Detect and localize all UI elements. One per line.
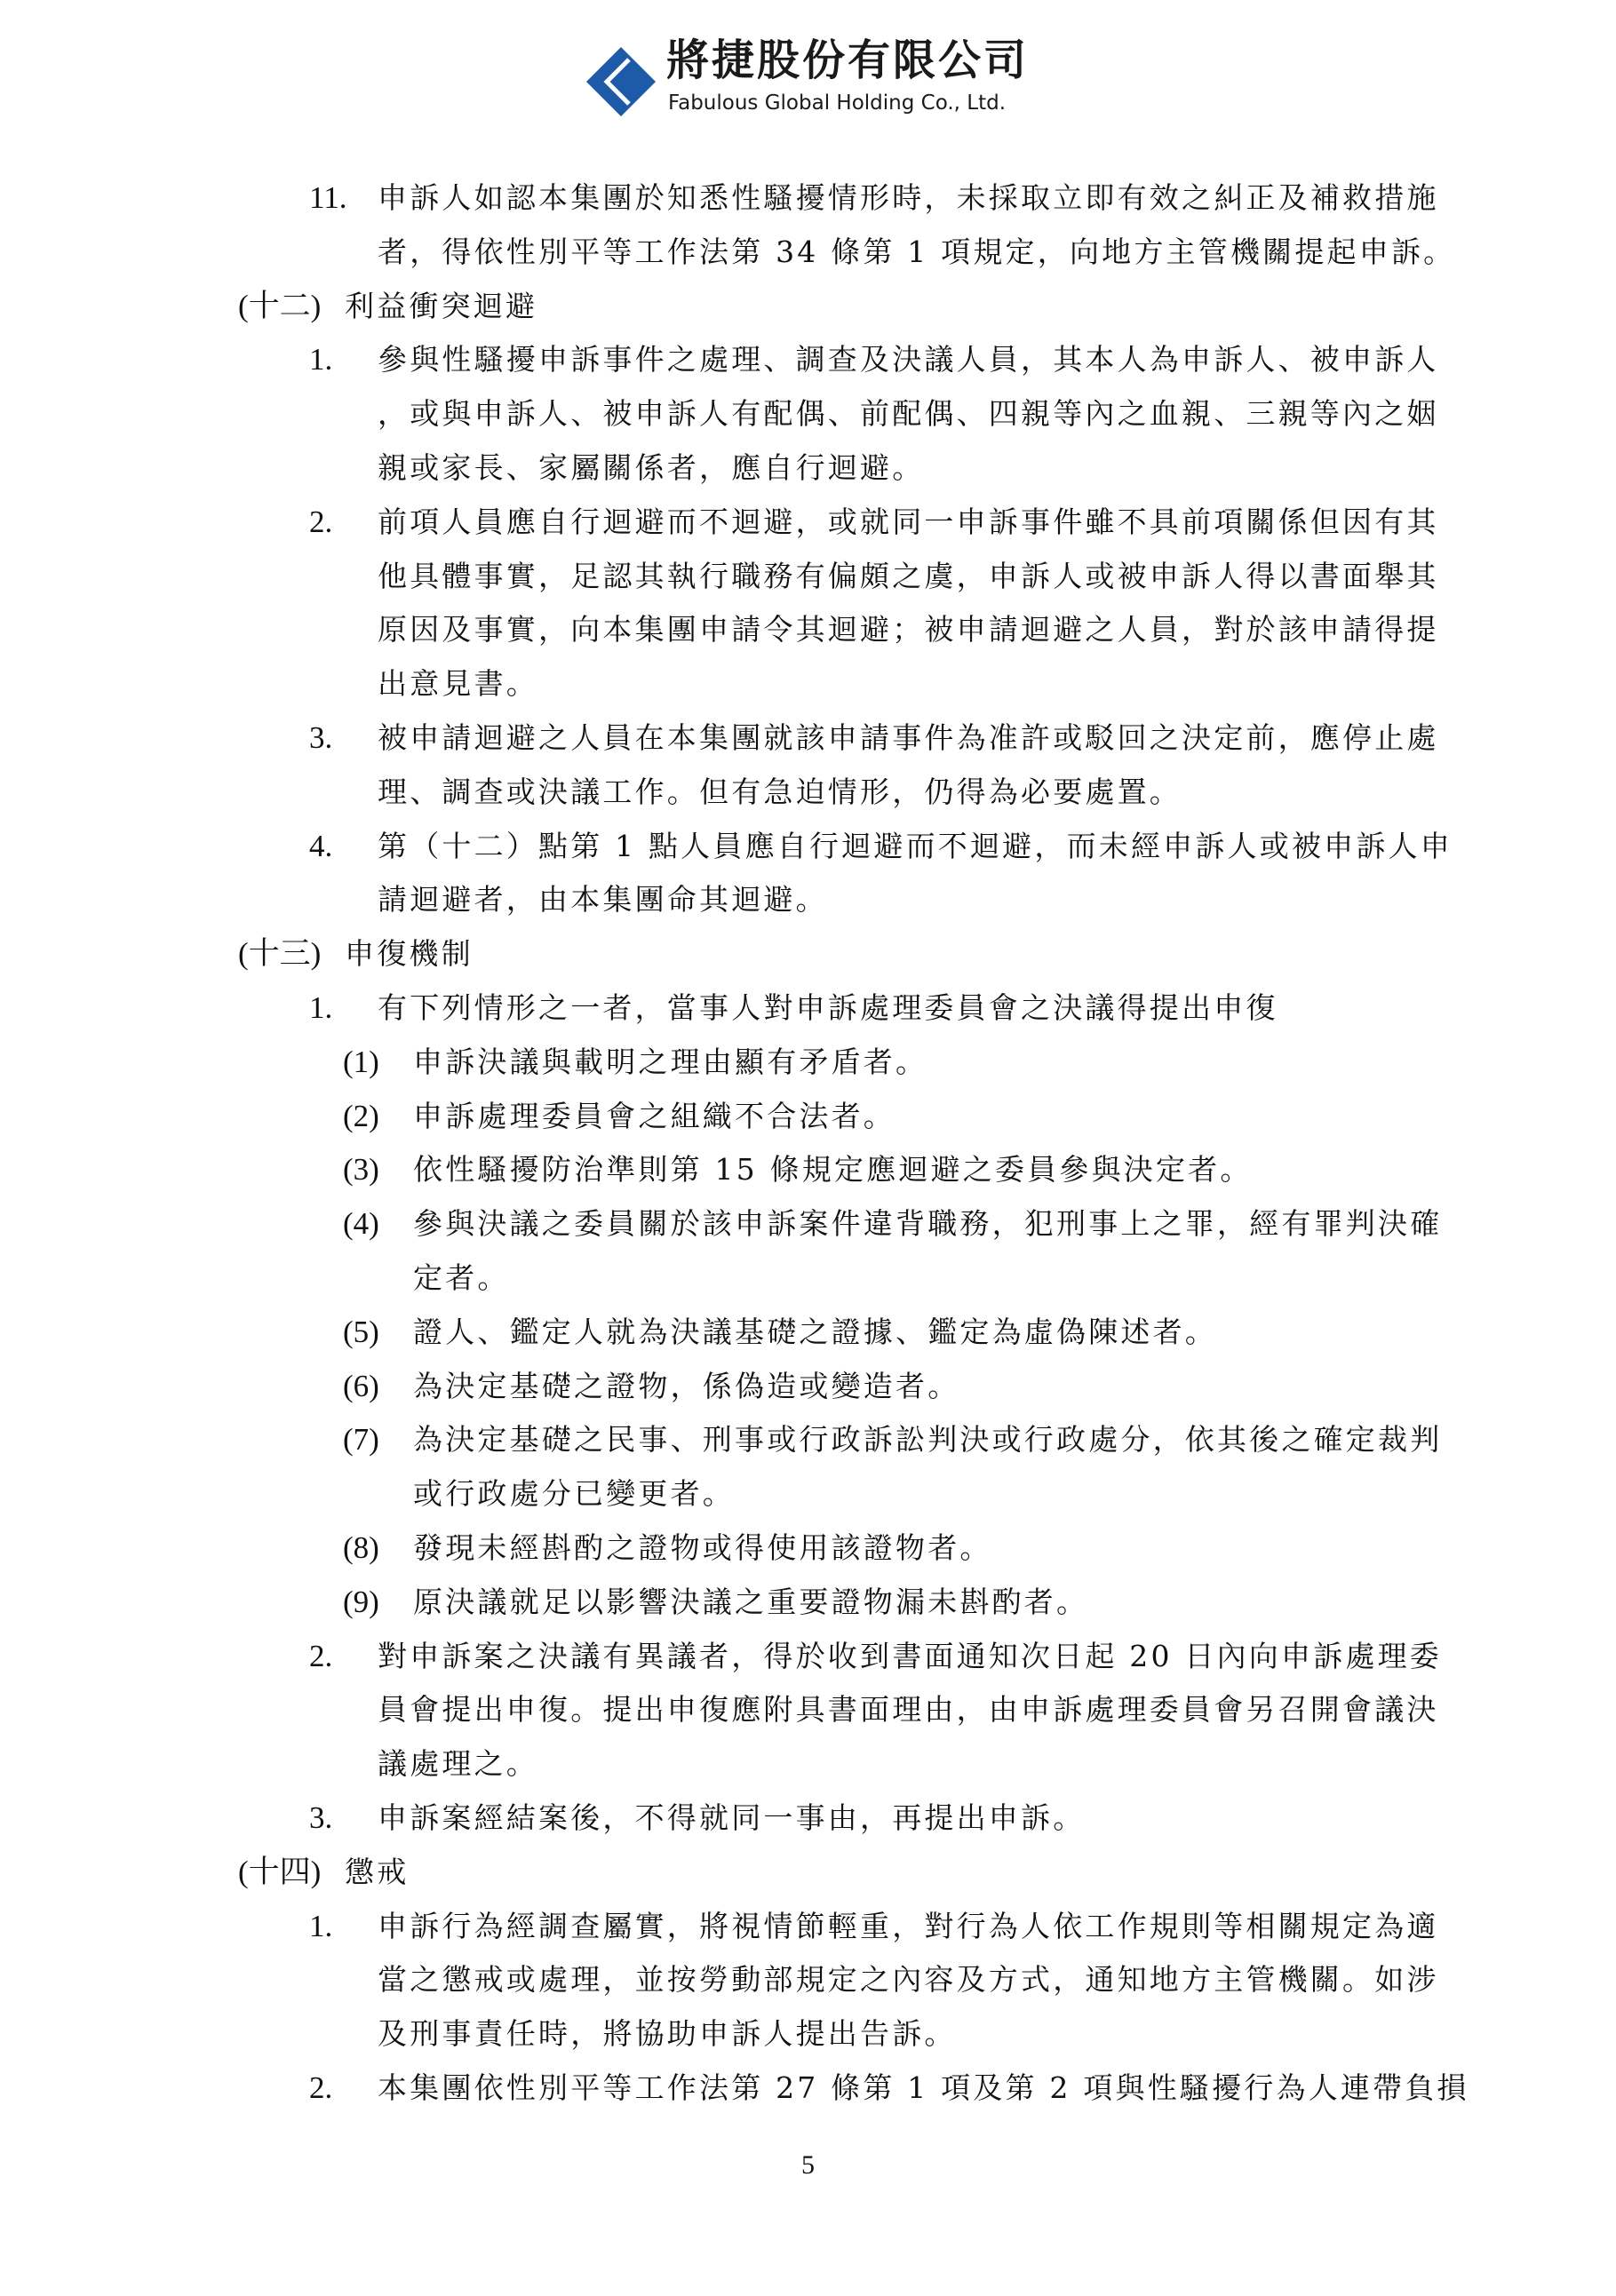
item-number: (7) bbox=[343, 1412, 379, 1466]
document-line: 3.被申請迴避之人員在本集團就該申請事件為准許或駁回之決定前，應停止處 bbox=[0, 711, 1616, 765]
item-number: (2) bbox=[343, 1089, 379, 1143]
item-number: 11. bbox=[309, 171, 346, 225]
item-number: 4. bbox=[309, 819, 332, 873]
item-text: 及刑事責任時，將協助申訴人提出告訴。 bbox=[378, 2006, 957, 2061]
section-heading: (十三)申復機制 bbox=[0, 926, 1616, 981]
item-text: 者，得依性別平等工作法第 34 條第 1 項規定，向地方主管機關提起申訴。 bbox=[378, 225, 1455, 279]
item-text: 定者。 bbox=[413, 1251, 510, 1305]
item-text: 發現未經斟酌之證物或得使用該證物者。 bbox=[413, 1521, 992, 1575]
item-text: 出意見書。 bbox=[378, 656, 538, 711]
company-logo-icon bbox=[586, 47, 656, 116]
item-text: 為決定基礎之民事、刑事或行政訴訟判決或行政處分，依其後之確定裁判 bbox=[413, 1412, 1442, 1466]
document-line: 議處理之。 bbox=[0, 1736, 1616, 1791]
document-line: 定者。 bbox=[0, 1251, 1616, 1305]
document-line: 3.申訴案經結案後，不得就同一事由，再提出申訴。 bbox=[0, 1791, 1616, 1845]
section-number: (十三) bbox=[238, 926, 321, 981]
item-text: 申訴案經結案後，不得就同一事由，再提出申訴。 bbox=[378, 1791, 1085, 1845]
document-line: 1.申訴行為經調查屬實，將視情節輕重，對行為人依工作規則等相關規定為適 bbox=[0, 1899, 1616, 1953]
section-title: 申復機制 bbox=[345, 926, 474, 981]
item-text: 當之懲戒或處理，並按勞動部規定之內容及方式，通知地方主管機關。如涉 bbox=[378, 1952, 1439, 2006]
document-line: 2.對申訴案之決議有異議者，得於收到書面通知次日起 20 日內向申訴處理委 bbox=[0, 1629, 1616, 1683]
item-number: (3) bbox=[343, 1142, 379, 1196]
item-text: 原決議就足以影響決議之重要證物漏未斟酌者。 bbox=[413, 1575, 1088, 1629]
document-line: 請迴避者，由本集團命其迴避。 bbox=[0, 872, 1616, 926]
item-text: 或行政處分已變更者。 bbox=[413, 1466, 735, 1521]
document-line: 原因及事實，向本集團申請令其迴避；被申請迴避之人員，對於該申請得提 bbox=[0, 602, 1616, 656]
section-title: 懲戒 bbox=[345, 1845, 409, 1899]
item-text: 參與決議之委員關於該申訴案件違背職務，犯刑事上之罪，經有罪判決確 bbox=[413, 1196, 1442, 1251]
item-number: 1. bbox=[309, 1899, 332, 1953]
document-line: 4.第（十二）點第 1 點人員應自行迴避而不迴避，而未經申訴人或被申訴人申 bbox=[0, 819, 1616, 873]
document-line: 1.參與性騷擾申訴事件之處理、調查及決議人員，其本人為申訴人、被申訴人 bbox=[0, 332, 1616, 386]
document-line: 1.有下列情形之一者，當事人對申訴處理委員會之決議得提出申復 bbox=[0, 981, 1616, 1035]
item-text: 申訴人如認本集團於知悉性騷擾情形時，未採取立即有效之糾正及補救措施 bbox=[378, 171, 1439, 225]
section-title: 利益衝突迴避 bbox=[345, 279, 537, 333]
company-name-english: Fabulous Global Holding Co., Ltd. bbox=[668, 91, 1006, 115]
item-text: 申訴決議與載明之理由顯有矛盾者。 bbox=[413, 1035, 927, 1089]
document-line: 者，得依性別平等工作法第 34 條第 1 項規定，向地方主管機關提起申訴。 bbox=[0, 225, 1616, 279]
document-line: (4)參與決議之委員關於該申訴案件違背職務，犯刑事上之罪，經有罪判決確 bbox=[0, 1196, 1616, 1251]
item-number: (6) bbox=[343, 1359, 379, 1413]
document-line: (7)為決定基礎之民事、刑事或行政訴訟判決或行政處分，依其後之確定裁判 bbox=[0, 1412, 1616, 1466]
document-line: (6)為決定基礎之證物，係偽造或變造者。 bbox=[0, 1359, 1616, 1413]
item-text: 議處理之。 bbox=[378, 1736, 538, 1791]
document-line: (5)證人、鑑定人就為決議基礎之證據、鑑定為虛偽陳述者。 bbox=[0, 1305, 1616, 1359]
document-line: 及刑事責任時，將協助申訴人提出告訴。 bbox=[0, 2006, 1616, 2061]
item-number: 1. bbox=[309, 981, 332, 1035]
document-line: 2.前項人員應自行迴避而不迴避，或就同一申訴事件雖不具前項關係但因有其 bbox=[0, 495, 1616, 549]
document-line: 他具體事實，足認其執行職務有偏頗之虞，申訴人或被申訴人得以書面舉其 bbox=[0, 549, 1616, 603]
item-number: 3. bbox=[309, 1791, 332, 1845]
company-name-chinese: 將捷股份有限公司 bbox=[666, 34, 1029, 87]
item-text: 申訴處理委員會之組織不合法者。 bbox=[413, 1089, 896, 1143]
document-line: 理、調查或決議工作。但有急迫情形，仍得為必要處置。 bbox=[0, 765, 1616, 819]
page-header: 將捷股份有限公司 Fabulous Global Holding Co., Lt… bbox=[0, 0, 1616, 133]
item-text: 對申訴案之決議有異議者，得於收到書面通知次日起 20 日內向申訴處理委 bbox=[378, 1629, 1442, 1683]
item-text: 本集團依性別平等工作法第 27 條第 1 項及第 2 項與性騷擾行為人連帶負損 bbox=[378, 2061, 1469, 2115]
item-number: 2. bbox=[309, 495, 332, 549]
section-heading: (十二)利益衝突迴避 bbox=[0, 279, 1616, 333]
item-text: 他具體事實，足認其執行職務有偏頗之虞，申訴人或被申訴人得以書面舉其 bbox=[378, 549, 1439, 603]
item-number: 2. bbox=[309, 1629, 332, 1683]
document-line: (8)發現未經斟酌之證物或得使用該證物者。 bbox=[0, 1521, 1616, 1575]
item-text: 前項人員應自行迴避而不迴避，或就同一申訴事件雖不具前項關係但因有其 bbox=[378, 495, 1439, 549]
item-number: (4) bbox=[343, 1196, 379, 1251]
item-number: 3. bbox=[309, 711, 332, 765]
document-line: ，或與申訴人、被申訴人有配偶、前配偶、四親等內之血親、三親等內之姻 bbox=[0, 386, 1616, 441]
item-text: 被申請迴避之人員在本集團就該申請事件為准許或駁回之決定前，應停止處 bbox=[378, 711, 1439, 765]
document-line: (9)原決議就足以影響決議之重要證物漏未斟酌者。 bbox=[0, 1575, 1616, 1629]
document-line: 11.申訴人如認本集團於知悉性騷擾情形時，未採取立即有效之糾正及補救措施 bbox=[0, 171, 1616, 225]
item-text: 親或家長、家屬關係者，應自行迴避。 bbox=[378, 441, 924, 495]
item-text: 申訴行為經調查屬實，將視情節輕重，對行為人依工作規則等相關規定為適 bbox=[378, 1899, 1439, 1953]
item-text: 證人、鑑定人就為決議基礎之證據、鑑定為虛偽陳述者。 bbox=[413, 1305, 1217, 1359]
document-line: 員會提出申復。提出申復應附具書面理由，由申訴處理委員會另召開會議決 bbox=[0, 1682, 1616, 1736]
item-text: 有下列情形之一者，當事人對申訴處理委員會之決議得提出申復 bbox=[378, 981, 1278, 1035]
item-number: (1) bbox=[343, 1035, 379, 1089]
item-text: 原因及事實，向本集團申請令其迴避；被申請迴避之人員，對於該申請得提 bbox=[378, 602, 1439, 656]
item-number: 1. bbox=[309, 332, 332, 386]
document-line: 當之懲戒或處理，並按勞動部規定之內容及方式，通知地方主管機關。如涉 bbox=[0, 1952, 1616, 2006]
section-heading: (十四)懲戒 bbox=[0, 1845, 1616, 1899]
item-text: 參與性騷擾申訴事件之處理、調查及決議人員，其本人為申訴人、被申訴人 bbox=[378, 332, 1439, 386]
item-text: 員會提出申復。提出申復應附具書面理由，由申訴處理委員會另召開會議決 bbox=[378, 1682, 1439, 1736]
item-text: 第（十二）點第 1 點人員應自行迴避而不迴避，而未經申訴人或被申訴人申 bbox=[378, 819, 1453, 873]
document-line: (2)申訴處理委員會之組織不合法者。 bbox=[0, 1089, 1616, 1143]
document-line: 出意見書。 bbox=[0, 656, 1616, 711]
item-number: (8) bbox=[343, 1521, 379, 1575]
page-number: 5 bbox=[0, 2148, 1616, 2183]
item-text: ，或與申訴人、被申訴人有配偶、前配偶、四親等內之血親、三親等內之姻 bbox=[378, 386, 1439, 441]
section-number: (十四) bbox=[238, 1845, 321, 1899]
item-text: 請迴避者，由本集團命其迴避。 bbox=[378, 872, 828, 926]
section-number: (十二) bbox=[238, 279, 321, 333]
item-text: 理、調查或決議工作。但有急迫情形，仍得為必要處置。 bbox=[378, 765, 1182, 819]
document-line: 2.本集團依性別平等工作法第 27 條第 1 項及第 2 項與性騷擾行為人連帶負… bbox=[0, 2061, 1616, 2115]
document-line: (3)依性騷擾防治準則第 15 條規定應迴避之委員參與決定者。 bbox=[0, 1142, 1616, 1196]
item-text: 依性騷擾防治準則第 15 條規定應迴避之委員參與決定者。 bbox=[413, 1142, 1253, 1196]
item-text: 為決定基礎之證物，係偽造或變造者。 bbox=[413, 1359, 959, 1413]
item-number: 2. bbox=[309, 2061, 332, 2115]
document-line: 親或家長、家屬關係者，應自行迴避。 bbox=[0, 441, 1616, 495]
item-number: (5) bbox=[343, 1305, 379, 1359]
item-number: (9) bbox=[343, 1575, 379, 1629]
document-line: 或行政處分已變更者。 bbox=[0, 1466, 1616, 1521]
document-line: (1)申訴決議與載明之理由顯有矛盾者。 bbox=[0, 1035, 1616, 1089]
